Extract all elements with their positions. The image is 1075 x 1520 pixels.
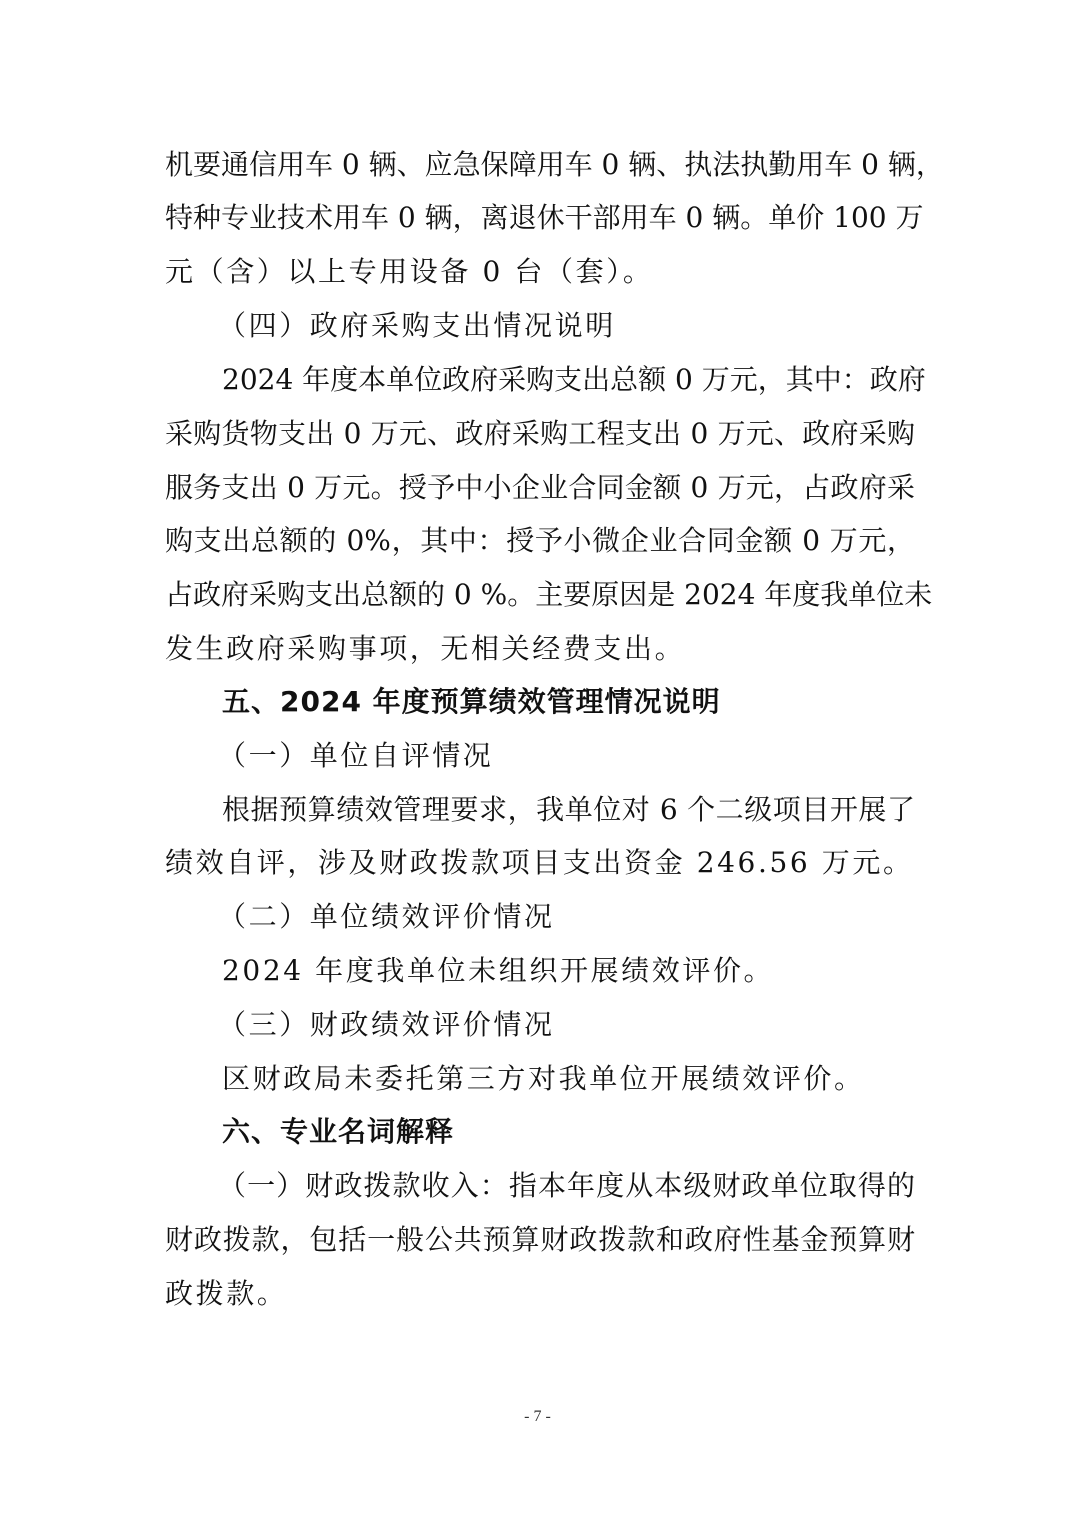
section-heading-performance: 五、2024 年度预算绩效管理情况说明 [222,682,972,722]
paragraph-line: 机要通信用车 0 辆、应急保障用车 0 辆、执法执勤用车 0 辆， [165,145,915,185]
subsection-heading-self-evaluation: （一）单位自评情况 [218,736,968,776]
paragraph-line: 发生政府采购事项，无相关经费支出。 [165,629,915,669]
document-page: 机要通信用车 0 辆、应急保障用车 0 辆、执法执勤用车 0 辆， 特种专业技术… [0,0,1075,1520]
paragraph-line: 区财政局未委托第三方对我单位开展绩效评价。 [222,1059,972,1099]
paragraph-line: 财政拨款，包括一般公共预算财政拨款和政府性基金预算财 [165,1220,915,1260]
paragraph-line: 2024 年度我单位未组织开展绩效评价。 [222,951,972,991]
section-heading-glossary: 六、专业名词解释 [222,1112,972,1152]
paragraph-line: 服务支出 0 万元。授予中小企业合同金额 0 万元，占政府采 [165,468,915,508]
paragraph-line: 元（含）以上专用设备 0 台（套）。 [165,252,915,292]
paragraph-line: 占政府采购支出总额的 0 %。主要原因是 2024 年度我单位未 [165,575,915,615]
subsection-heading-procurement: （四）政府采购支出情况说明 [218,306,968,346]
paragraph-line: 根据预算绩效管理要求，我单位对 6 个二级项目开展了 [222,790,915,830]
paragraph-line: 2024 年度本单位政府采购支出总额 0 万元，其中：政府 [222,360,915,400]
paragraph-line: 政拨款。 [165,1274,915,1314]
subsection-heading-fiscal-evaluation: （三）财政绩效评价情况 [218,1005,968,1045]
page-number: - 7 - [0,1408,1075,1426]
glossary-term: （一）财政拨款收入： [218,1169,509,1202]
glossary-item-line: （一）财政拨款收入：指本年度从本级财政单位取得的 [218,1166,915,1206]
paragraph-line: 绩效自评，涉及财政拨款项目支出资金 246.56 万元。 [165,843,915,883]
paragraph-line: 购支出总额的 0%，其中：授予小微企业合同金额 0 万元， [165,521,915,561]
glossary-definition: 指本年度从本级财政单位取得的 [509,1169,915,1202]
paragraph-line: 特种专业技术用车 0 辆，离退休干部用车 0 辆。单价 100 万 [165,198,915,238]
subsection-heading-unit-evaluation: （二）单位绩效评价情况 [218,897,968,937]
paragraph-line: 采购货物支出 0 万元、政府采购工程支出 0 万元、政府采购 [165,414,915,454]
